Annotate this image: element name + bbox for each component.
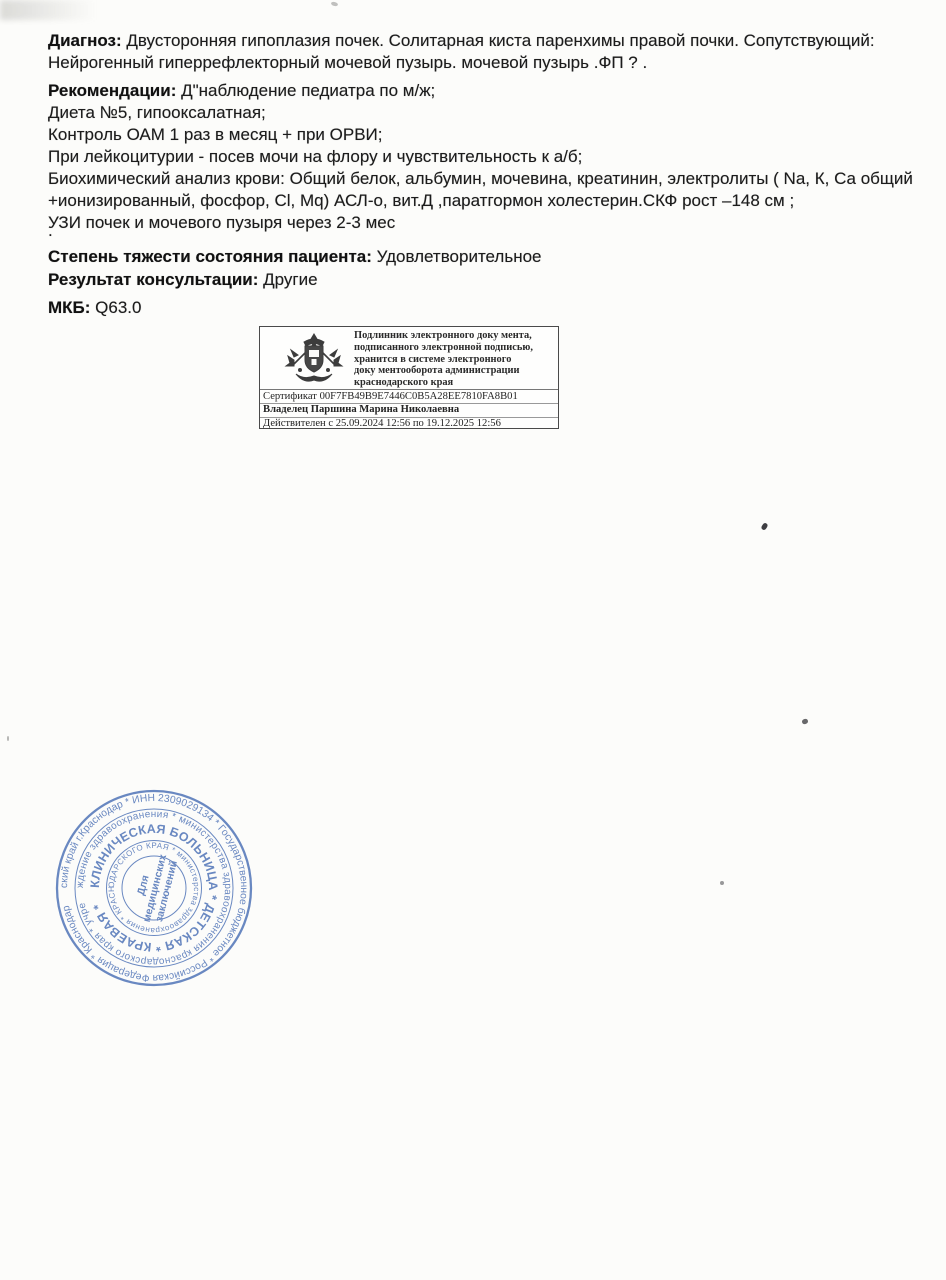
scan-speck bbox=[331, 1, 339, 7]
krasnodar-coat-of-arms-icon bbox=[284, 330, 344, 386]
scan-speck bbox=[720, 881, 724, 885]
signature-statement-line: хранится в системе электронного bbox=[354, 354, 533, 366]
signature-statement-line: подписанного электронной подписью, bbox=[354, 342, 533, 354]
stray-period: . bbox=[48, 220, 916, 242]
document-line: Нейрогенный гиперрефлекторный мочевой пу… bbox=[48, 52, 916, 74]
document-line: Диета №5, гипооксалатная; bbox=[48, 102, 916, 124]
scan-speck bbox=[761, 522, 769, 531]
scanned-medical-document: Диагноз: Двусторонняя гипоплазия почек. … bbox=[0, 0, 946, 1280]
document-line: Биохимический анализ крови: Общий белок,… bbox=[48, 168, 916, 190]
document-line: Контроль ОАМ 1 раз в месяц + при ОРВИ; bbox=[48, 124, 916, 146]
owner-label: Владелец bbox=[263, 404, 311, 415]
document-line: Результат консультации: Другие bbox=[48, 268, 916, 291]
recommendations-label: Рекомендации: bbox=[48, 81, 176, 100]
round-hospital-stamp: ский край г.Краснодар * ИНН 2309029134 *… bbox=[44, 778, 264, 998]
signature-box-header: Подлинник электронного доку мента, подпи… bbox=[260, 327, 558, 390]
signature-statement: Подлинник электронного доку мента, подпи… bbox=[354, 330, 533, 389]
consultation-result-value: Другие bbox=[258, 270, 317, 289]
document-line: +ионизированный, фосфор, Cl, Mq) АСЛ-о, … bbox=[48, 190, 916, 212]
signature-statement-line: краснодарского края bbox=[354, 377, 533, 389]
signature-statement-line: доку ментооборота администрации bbox=[354, 365, 533, 377]
scan-speck bbox=[7, 736, 9, 741]
validity-line: Действителен с 25.09.2024 12:56 по 19.12… bbox=[260, 418, 558, 431]
owner-line: Владелец Паршина Марина Николаевна bbox=[260, 404, 558, 418]
scan-smudge bbox=[0, 0, 120, 20]
icd-label: МКБ: bbox=[48, 298, 90, 317]
icd-code-line: МКБ: Q63.0 bbox=[48, 297, 916, 319]
diagnosis-text: Двусторонняя гипоплазия почек. Солитарна… bbox=[122, 31, 875, 50]
status-paragraph: Степень тяжести состояния пациента: Удов… bbox=[48, 245, 916, 291]
recommendations-paragraph: Рекомендации: Д"наблюдение педиатра по м… bbox=[48, 80, 916, 234]
document-line: Степень тяжести состояния пациента: Удов… bbox=[48, 245, 916, 268]
severity-label: Степень тяжести состояния пациента: bbox=[48, 247, 372, 266]
owner-name: Паршина Марина Николаевна bbox=[311, 404, 459, 415]
document-line: Рекомендации: Д"наблюдение педиатра по м… bbox=[48, 80, 916, 102]
electronic-signature-box: Подлинник электронного доку мента, подпи… bbox=[259, 326, 559, 429]
diagnosis-label: Диагноз: bbox=[48, 31, 122, 50]
consultation-result-label: Результат консультации: bbox=[48, 270, 258, 289]
certificate-line: Сертификат 00F7FB49B9E7446C0B5A28EE7810F… bbox=[260, 390, 558, 404]
icd-value: Q63.0 bbox=[90, 298, 141, 317]
signature-statement-line: Подлинник электронного доку мента, bbox=[354, 330, 533, 342]
diagnosis-paragraph: Диагноз: Двусторонняя гипоплазия почек. … bbox=[48, 30, 916, 74]
document-line: Диагноз: Двусторонняя гипоплазия почек. … bbox=[48, 30, 916, 52]
severity-value: Удовлетворительное bbox=[372, 247, 542, 266]
document-line: При лейкоцитурии - посев мочи на флору и… bbox=[48, 146, 916, 168]
scan-speck bbox=[801, 718, 808, 725]
